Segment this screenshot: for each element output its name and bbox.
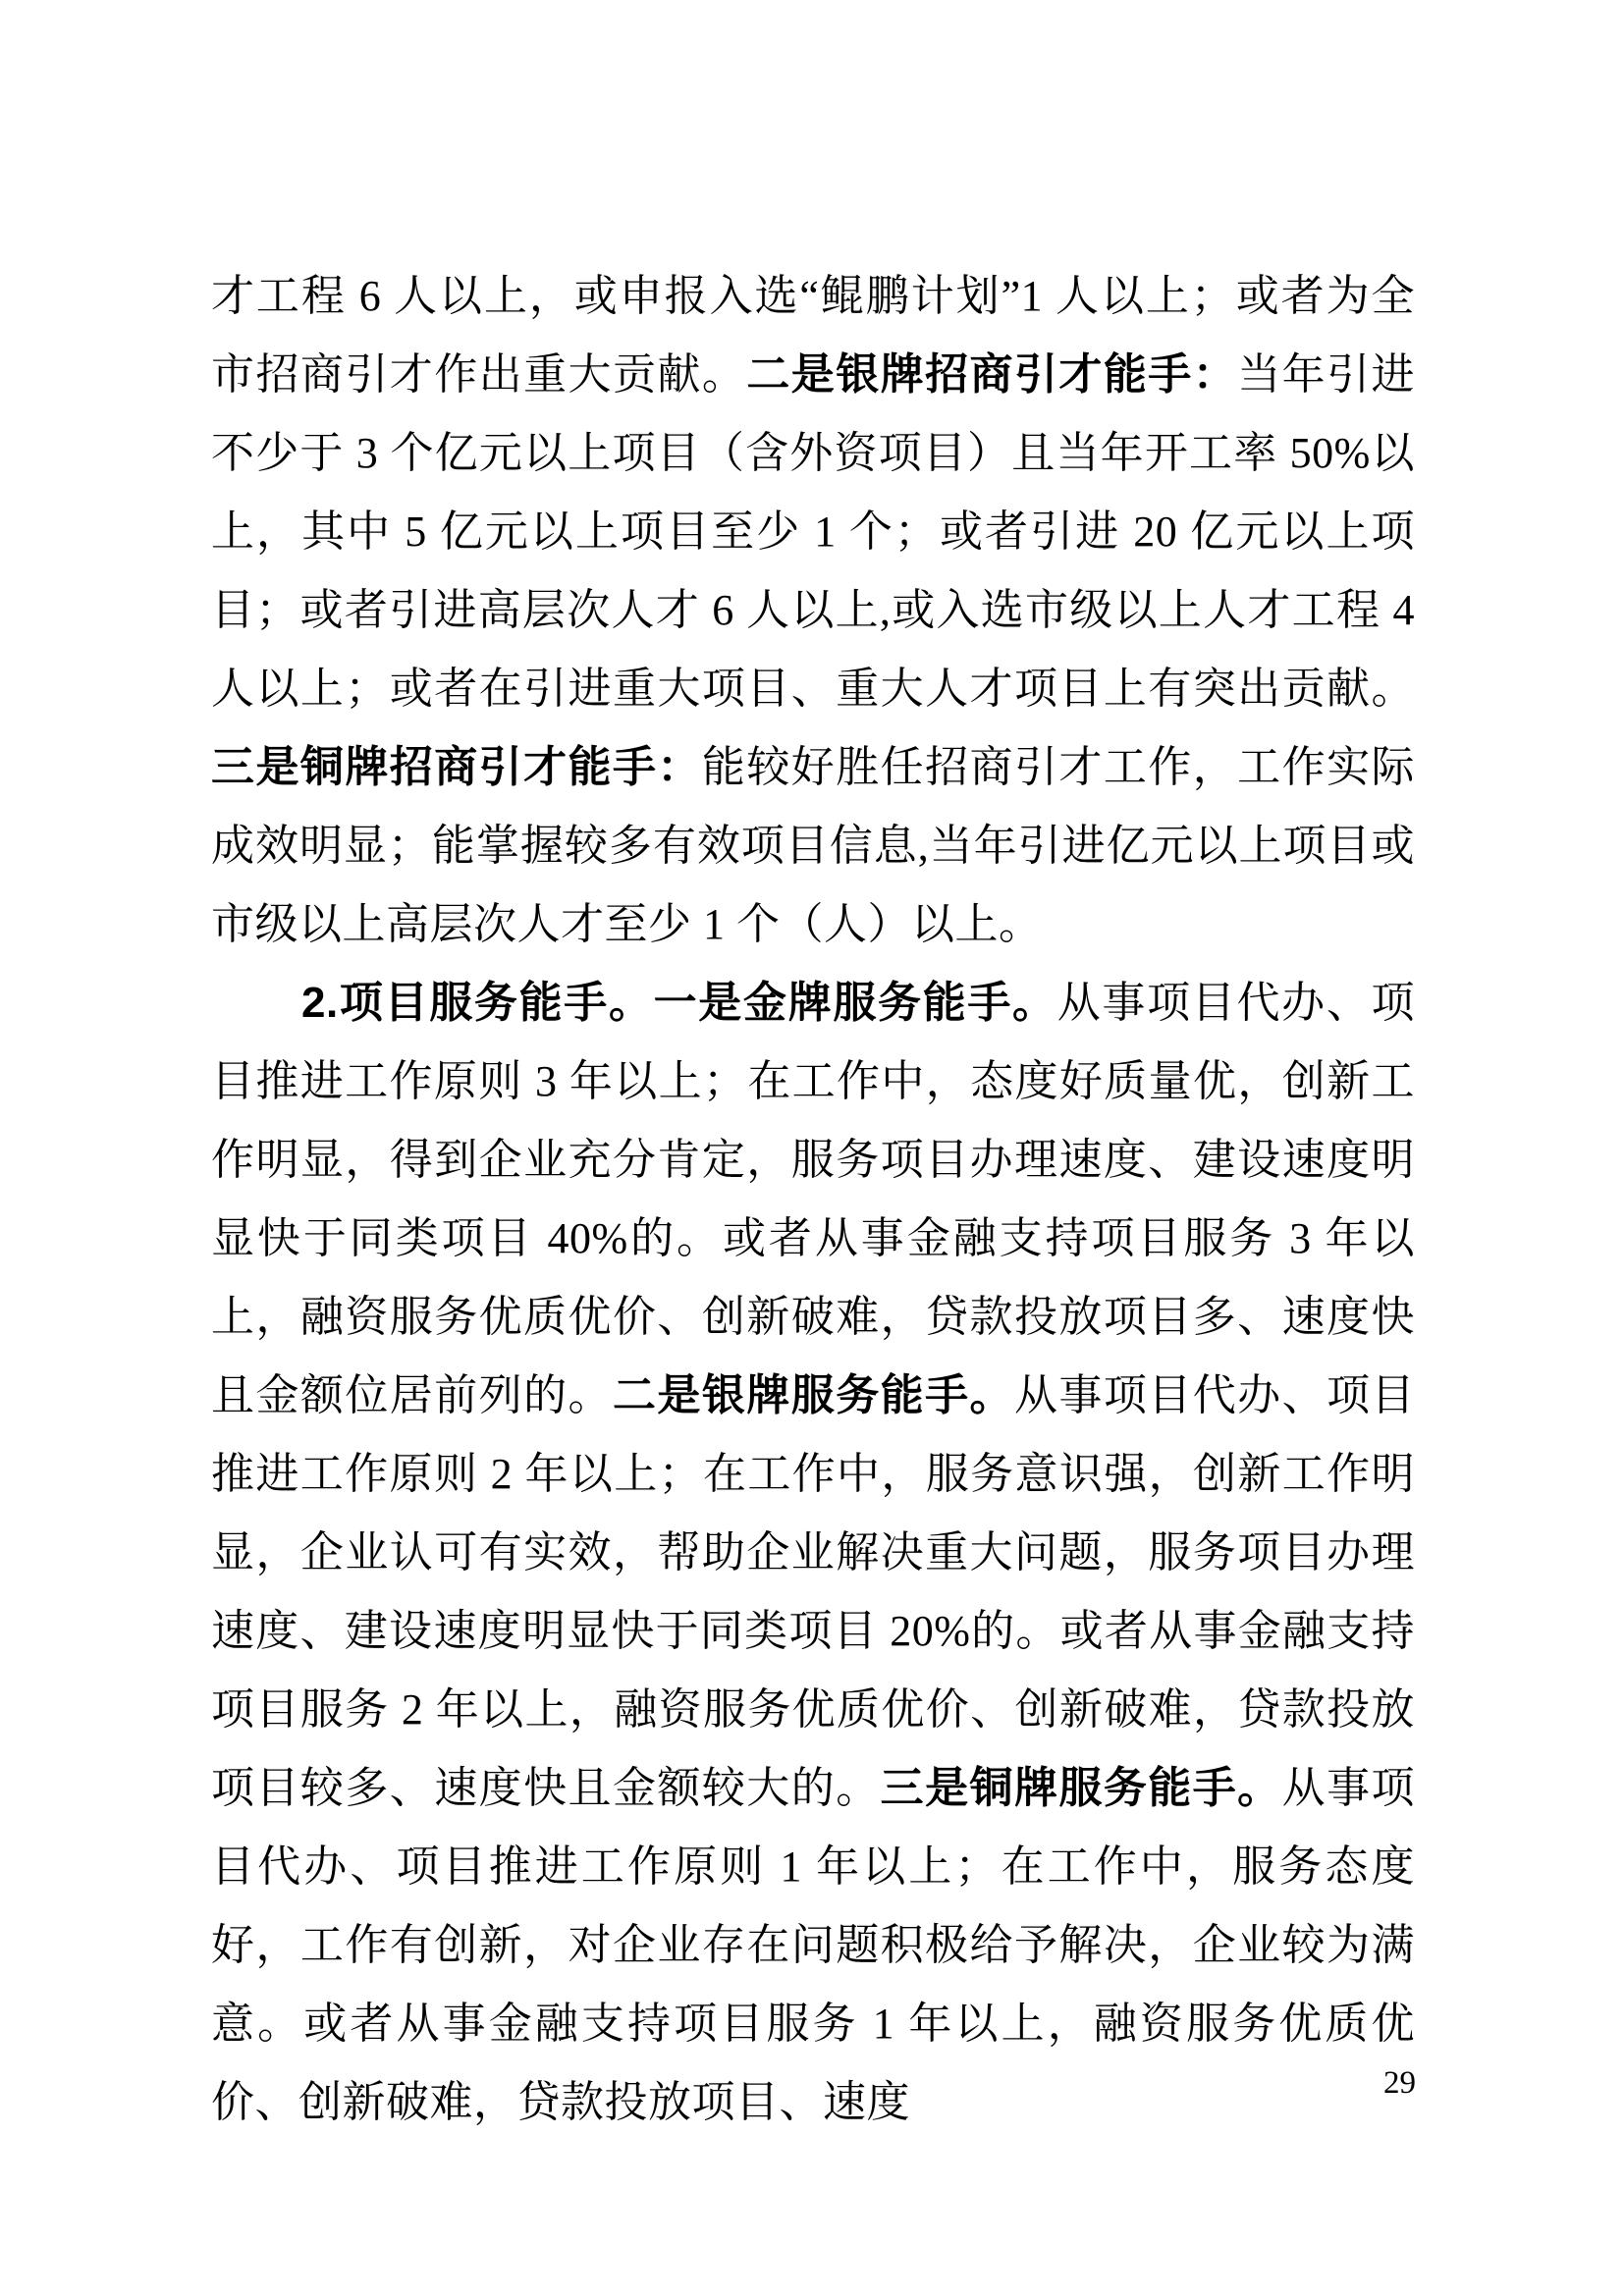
bold-text-run: 二是银牌服务能手。: [613, 1371, 1014, 1419]
text-run: 当年引进不少于 3 个亿元以上项目（含外资项目）且当年开工率 50%以上，其中 …: [211, 350, 1415, 713]
paragraph-continuation-recruit-talent: 才工程 6 人以上，或申报入选“鲲鹏计划”1 人以上；或者为全市招商引才作出重大…: [211, 257, 1415, 964]
bold-text-run: 2.项目服务能手。一是金牌服务能手。: [301, 979, 1057, 1027]
page-number: 29: [1383, 2065, 1416, 2101]
bold-text-run: 三是铜牌招商引才能手：: [211, 743, 702, 791]
text-run: 从事项目代办、项目推进工作原则 2 年以上；在工作中，服务意识强，创新工作明显，…: [211, 1371, 1415, 1812]
bold-text-run: 三是铜牌服务能手。: [881, 1764, 1282, 1812]
document-page: 才工程 6 人以上，或申报入选“鲲鹏计划”1 人以上；或者为全市招商引才作出重大…: [0, 0, 1624, 2296]
text-run: 从事项目代办、项目推进工作原则 1 年以上；在工作中，服务态度好，工作有创新，对…: [211, 1764, 1415, 2126]
paragraph-project-service: 2.项目服务能手。一是金牌服务能手。从事项目代办、项目推进工作原则 3 年以上；…: [211, 964, 1415, 2142]
text-run: 从事项目代办、项目推进工作原则 3 年以上；在工作中，态度好质量优，创新工作明显…: [211, 979, 1415, 1419]
document-body: 才工程 6 人以上，或申报入选“鲲鹏计划”1 人以上；或者为全市招商引才作出重大…: [211, 257, 1415, 2142]
bold-text-run: 二是银牌招商引才能手：: [746, 350, 1237, 399]
